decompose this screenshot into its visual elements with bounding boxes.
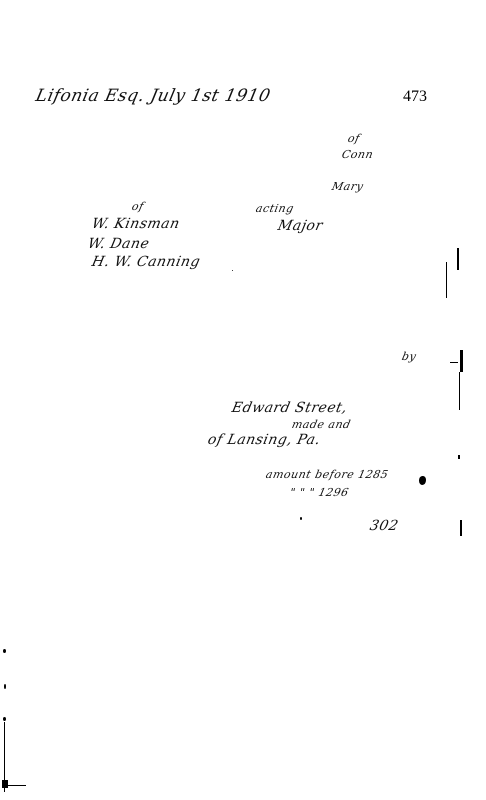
margin-mark — [458, 455, 460, 459]
margin-rule — [459, 372, 460, 410]
binding-base — [6, 785, 26, 786]
name-canning: H. W. Canning — [90, 254, 201, 270]
mark-by: by — [401, 350, 418, 363]
note-of-2: of — [131, 200, 145, 213]
note-acting: acting — [255, 202, 296, 215]
line-made-and: made and — [291, 418, 352, 431]
binding-mark — [3, 649, 6, 653]
note-mary: Mary — [331, 180, 365, 193]
header-entry-line: Lifonia Esq. July 1st 1910 — [34, 86, 273, 106]
line-amount-before: amount before 1285 — [265, 468, 390, 481]
name-kinsman: W. Kinsman — [90, 216, 181, 232]
margin-rule — [460, 350, 463, 372]
margin-tick — [450, 362, 458, 363]
name-dane: W. Dane — [86, 236, 151, 252]
binding-mark — [4, 684, 6, 689]
name-edward-street: Edward Street, — [230, 400, 349, 416]
scanned-ledger-page: Lifonia Esq. July 1st 1910 473 of Conn M… — [0, 0, 486, 800]
total-amount: 302 — [368, 518, 400, 534]
title-major: Major — [276, 218, 324, 234]
stray-mark — [300, 517, 302, 520]
ink-blot — [419, 476, 426, 485]
note-conn: Conn — [341, 148, 375, 161]
stray-mark — [232, 270, 233, 271]
binding-corner — [2, 780, 8, 788]
margin-rule — [460, 520, 462, 536]
margin-rule — [457, 248, 459, 270]
line-lansing: of Lansing, Pa. — [206, 432, 322, 448]
binding-mark — [3, 717, 6, 721]
margin-rule — [446, 262, 447, 298]
line-ditto: " " " 1296 — [289, 486, 350, 499]
note-of: of — [347, 132, 361, 145]
page-number: 473 — [403, 88, 427, 106]
